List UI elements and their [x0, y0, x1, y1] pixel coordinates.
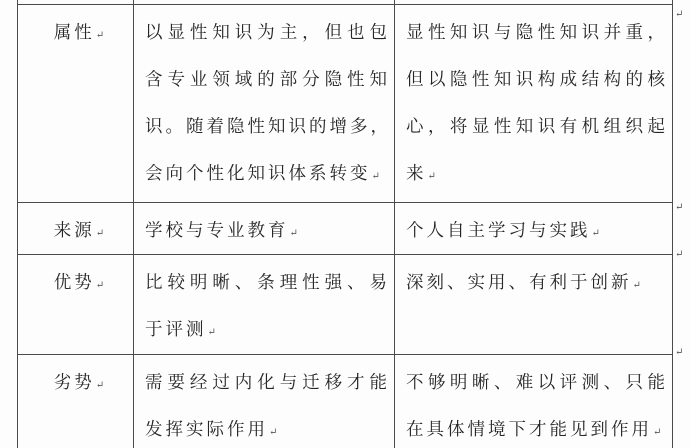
cell-text-line: 深刻、实用、有利于创新↵: [406, 259, 668, 306]
table-row: 劣势↵ 需要经过内化与迁移才能 发挥实际作用↵ 不够明晰、难以评测、只能 在具体…: [18, 355, 673, 448]
cell-text-line: 识。随着隐性知识的增多，: [145, 103, 390, 150]
table-cell: 需要经过内化与迁移才能 发挥实际作用↵: [134, 355, 395, 448]
table-cell: 显性知识与隐性知识并重， 但以隐性知识构成结构的核 心，将显性知识有机组织起 来…: [395, 5, 673, 203]
paragraph-mark: ↵: [289, 228, 298, 239]
cell-text-line: 比较明晰、条理性强、易: [145, 259, 390, 306]
row-end-mark: ↵: [675, 250, 683, 260]
paragraph-mark: ↵: [371, 171, 380, 182]
paragraph-mark: ↵: [95, 30, 104, 41]
table-cell: 不够明晰、难以评测、只能 在具体情境下才能见到作用↵: [395, 355, 673, 448]
cell-text-line: 在具体情境下才能见到作用↵: [406, 406, 668, 448]
cell-text-line: 会向个性化知识体系转变↵: [145, 150, 390, 197]
cell-text-line: 显性知识与隐性知识并重，: [406, 9, 668, 56]
cell-text-line: 需要经过内化与迁移才能: [145, 359, 390, 406]
row-header: 来源↵: [29, 207, 129, 254]
paragraph-mark: ↵: [95, 380, 104, 391]
row-end-mark: ↵: [675, 348, 683, 358]
table-cell: 学校与专业教育↵: [134, 203, 395, 255]
row-header: 劣势↵: [29, 359, 129, 406]
cell-text-line: 但以隐性知识构成结构的核: [406, 56, 668, 103]
row-header: 优势↵: [29, 259, 129, 306]
row-header-cell: 优势↵: [18, 255, 134, 355]
paragraph-mark: ↵: [591, 228, 600, 239]
paragraph-mark: ↵: [427, 171, 436, 182]
table-row: 属性↵ 以显性知识为主，但也包 含专业领域的部分隐性知 识。随着隐性知识的增多，…: [18, 5, 673, 203]
paragraph-mark: ↵: [207, 327, 216, 338]
cell-text-line: 心，将显性知识有机组织起: [406, 103, 668, 150]
cell-text-line: 来↵: [406, 150, 668, 197]
row-header-cell: 来源↵: [18, 203, 134, 255]
row-header: 属性↵: [29, 9, 129, 56]
table-cell: 个人自主学习与实践↵: [395, 203, 673, 255]
row-header-cell: 属性↵: [18, 5, 134, 203]
table-cell: 比较明晰、条理性强、易 于评测↵: [134, 255, 395, 355]
paragraph-mark: ↵: [268, 427, 277, 438]
row-end-mark: ↵: [675, 203, 683, 213]
cell-text-line: 发挥实际作用↵: [145, 406, 390, 448]
table-cell: 深刻、实用、有利于创新↵: [395, 255, 673, 355]
table-row: 来源↵ 学校与专业教育↵ 个人自主学习与实践↵: [18, 203, 673, 255]
cell-text-line: 于评测↵: [145, 306, 390, 353]
cell-text-line: 学校与专业教育↵: [145, 207, 390, 254]
row-end-mark: ↵: [675, 10, 683, 20]
row-header-cell: 劣势↵: [18, 355, 134, 448]
cell-text-line: 以显性知识为主，但也包: [145, 9, 390, 56]
cell-text-line: 含专业领域的部分隐性知: [145, 56, 390, 103]
table-cell: 以显性知识为主，但也包 含专业领域的部分隐性知 识。随着隐性知识的增多， 会向个…: [134, 5, 395, 203]
paragraph-mark: ↵: [632, 280, 641, 291]
paragraph-mark: ↵: [95, 228, 104, 239]
paragraph-mark: ↵: [652, 427, 661, 438]
cell-text-line: 个人自主学习与实践↵: [406, 207, 668, 254]
cell-text-line: 不够明晰、难以评测、只能: [406, 359, 668, 406]
paragraph-mark: ↵: [95, 280, 104, 291]
document-page: 属性↵ 以显性知识为主，但也包 含专业领域的部分隐性知 识。随着隐性知识的增多，…: [0, 0, 690, 448]
table-row: 优势↵ 比较明晰、条理性强、易 于评测↵ 深刻、实用、有利于创新↵: [18, 255, 673, 355]
comparison-table: 属性↵ 以显性知识为主，但也包 含专业领域的部分隐性知 识。随着隐性知识的增多，…: [17, 0, 673, 448]
